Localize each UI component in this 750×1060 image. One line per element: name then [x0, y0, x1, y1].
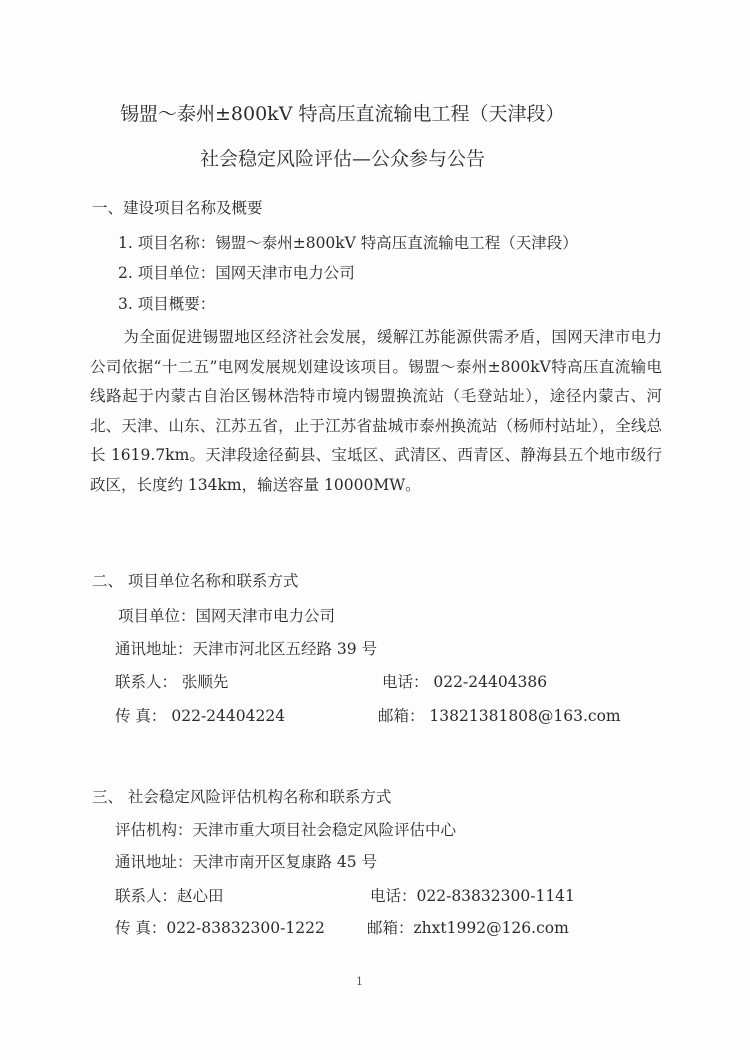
title-line-1: 锡盟～泰州±800kV 特高压直流输电工程（天津段）	[120, 104, 564, 124]
section2-fax: 传 真： 022-24404224	[115, 706, 285, 726]
section3-agency: 评估机构：天津市重大项目社会稳定风险评估中心	[115, 820, 456, 840]
section2-phone: 电话： 022-24404386	[382, 672, 547, 692]
project-summary-text: 为全面促进锡盟地区经济社会发展，缓解江苏能源供需矛盾，国网天津市电力公司依据“十…	[90, 328, 662, 494]
section1-heading: 一、建设项目名称及概要	[92, 198, 263, 218]
section2-heading: 二、 项目单位名称和联系方式	[92, 571, 298, 591]
section2-contact: 联系人： 张顺先	[115, 672, 228, 692]
section3-address: 通讯地址：天津市南开区复康路 45 号	[115, 852, 377, 872]
section3-heading: 三、 社会稳定风险评估机构名称和联系方式	[92, 787, 391, 807]
section2-email: 邮箱： 13821381808@163.com	[378, 706, 621, 726]
section1-item-unit: 2. 项目单位：国网天津市电力公司	[118, 263, 355, 283]
title-line-2: 社会稳定风险评估—公众参与公告	[200, 149, 485, 169]
section3-fax: 传 真：022-83832300-1222	[115, 918, 325, 938]
section3-email: 邮箱：zhxt1992@126.com	[367, 918, 569, 938]
section2-unit: 项目单位：国网天津市电力公司	[118, 606, 335, 626]
section1-item-summary: 3. 项目概要：	[118, 294, 215, 314]
section3-contact: 联系人：赵心田	[115, 886, 224, 906]
project-summary-paragraph: 为全面促进锡盟地区经济社会发展，缓解江苏能源供需矛盾，国网天津市电力公司依据“十…	[90, 323, 662, 500]
section1-item-name: 1. 项目名称：锡盟～泰州±800kV 特高压直流输电工程（天津段）	[118, 233, 578, 253]
section2-address: 通讯地址：天津市河北区五经路 39 号	[115, 639, 377, 659]
section3-phone: 电话：022-83832300-1141	[370, 886, 575, 906]
page-number: 1	[356, 975, 363, 988]
